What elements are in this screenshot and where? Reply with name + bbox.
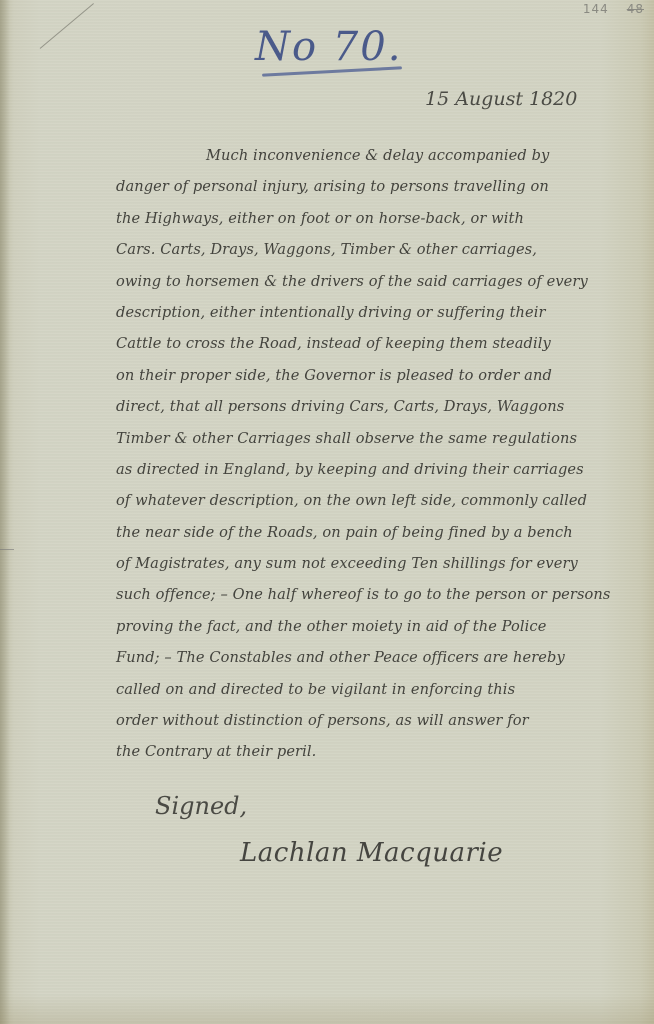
text-line: Cattle to cross the Road, instead of kee… [116, 328, 646, 359]
text-line: owing to horsemen & the drivers of the s… [116, 266, 646, 297]
text-line: direct, that all persons driving Cars, C… [116, 391, 646, 422]
text-line: danger of personal injury, arising to pe… [116, 171, 646, 202]
signature-name: Lachlan Macquarie [240, 838, 503, 868]
margin-pencil-mark [40, 3, 94, 49]
folio-struck-number: 48 [627, 2, 644, 16]
text-line: Much inconvenience & delay accompanied b… [116, 140, 646, 171]
text-line: the Highways, either on foot or on horse… [116, 203, 646, 234]
text-line: called on and directed to be vigilant in… [116, 674, 646, 705]
folio-numbers: 144 48 [583, 2, 644, 16]
text-line: description, either intentionally drivin… [116, 297, 646, 328]
text-line: on their proper side, the Governor is pl… [116, 360, 646, 391]
text-line: of Magistrates, any sum not exceeding Te… [116, 548, 646, 579]
document-date: 15 August 1820 [425, 88, 577, 110]
margin-fold-mark [0, 549, 14, 550]
text-line: proving the fact, and the other moiety i… [116, 611, 646, 642]
text-line: the near side of the Roads, on pain of b… [116, 517, 646, 548]
folio-number: 144 [583, 2, 609, 16]
signed-label: Signed, [155, 792, 247, 820]
text-line: order without distinction of persons, as… [116, 705, 646, 736]
text-line: of whatever description, on the own left… [116, 485, 646, 516]
document-number: No 70. [255, 24, 402, 70]
order-text: Much inconvenience & delay accompanied b… [116, 140, 646, 768]
text-line: the Contrary at their peril. [116, 736, 646, 767]
text-line: Fund; – The Constables and other Peace o… [116, 642, 646, 673]
text-line: as directed in England, by keeping and d… [116, 454, 646, 485]
manuscript-page: 144 48 No 70. 15 August 1820 Much inconv… [0, 0, 654, 1024]
text-line: such offence; – One half whereof is to g… [116, 579, 646, 610]
text-line: Timber & other Carriages shall observe t… [116, 423, 646, 454]
text-line: Cars. Carts, Drays, Waggons, Timber & ot… [116, 234, 646, 265]
